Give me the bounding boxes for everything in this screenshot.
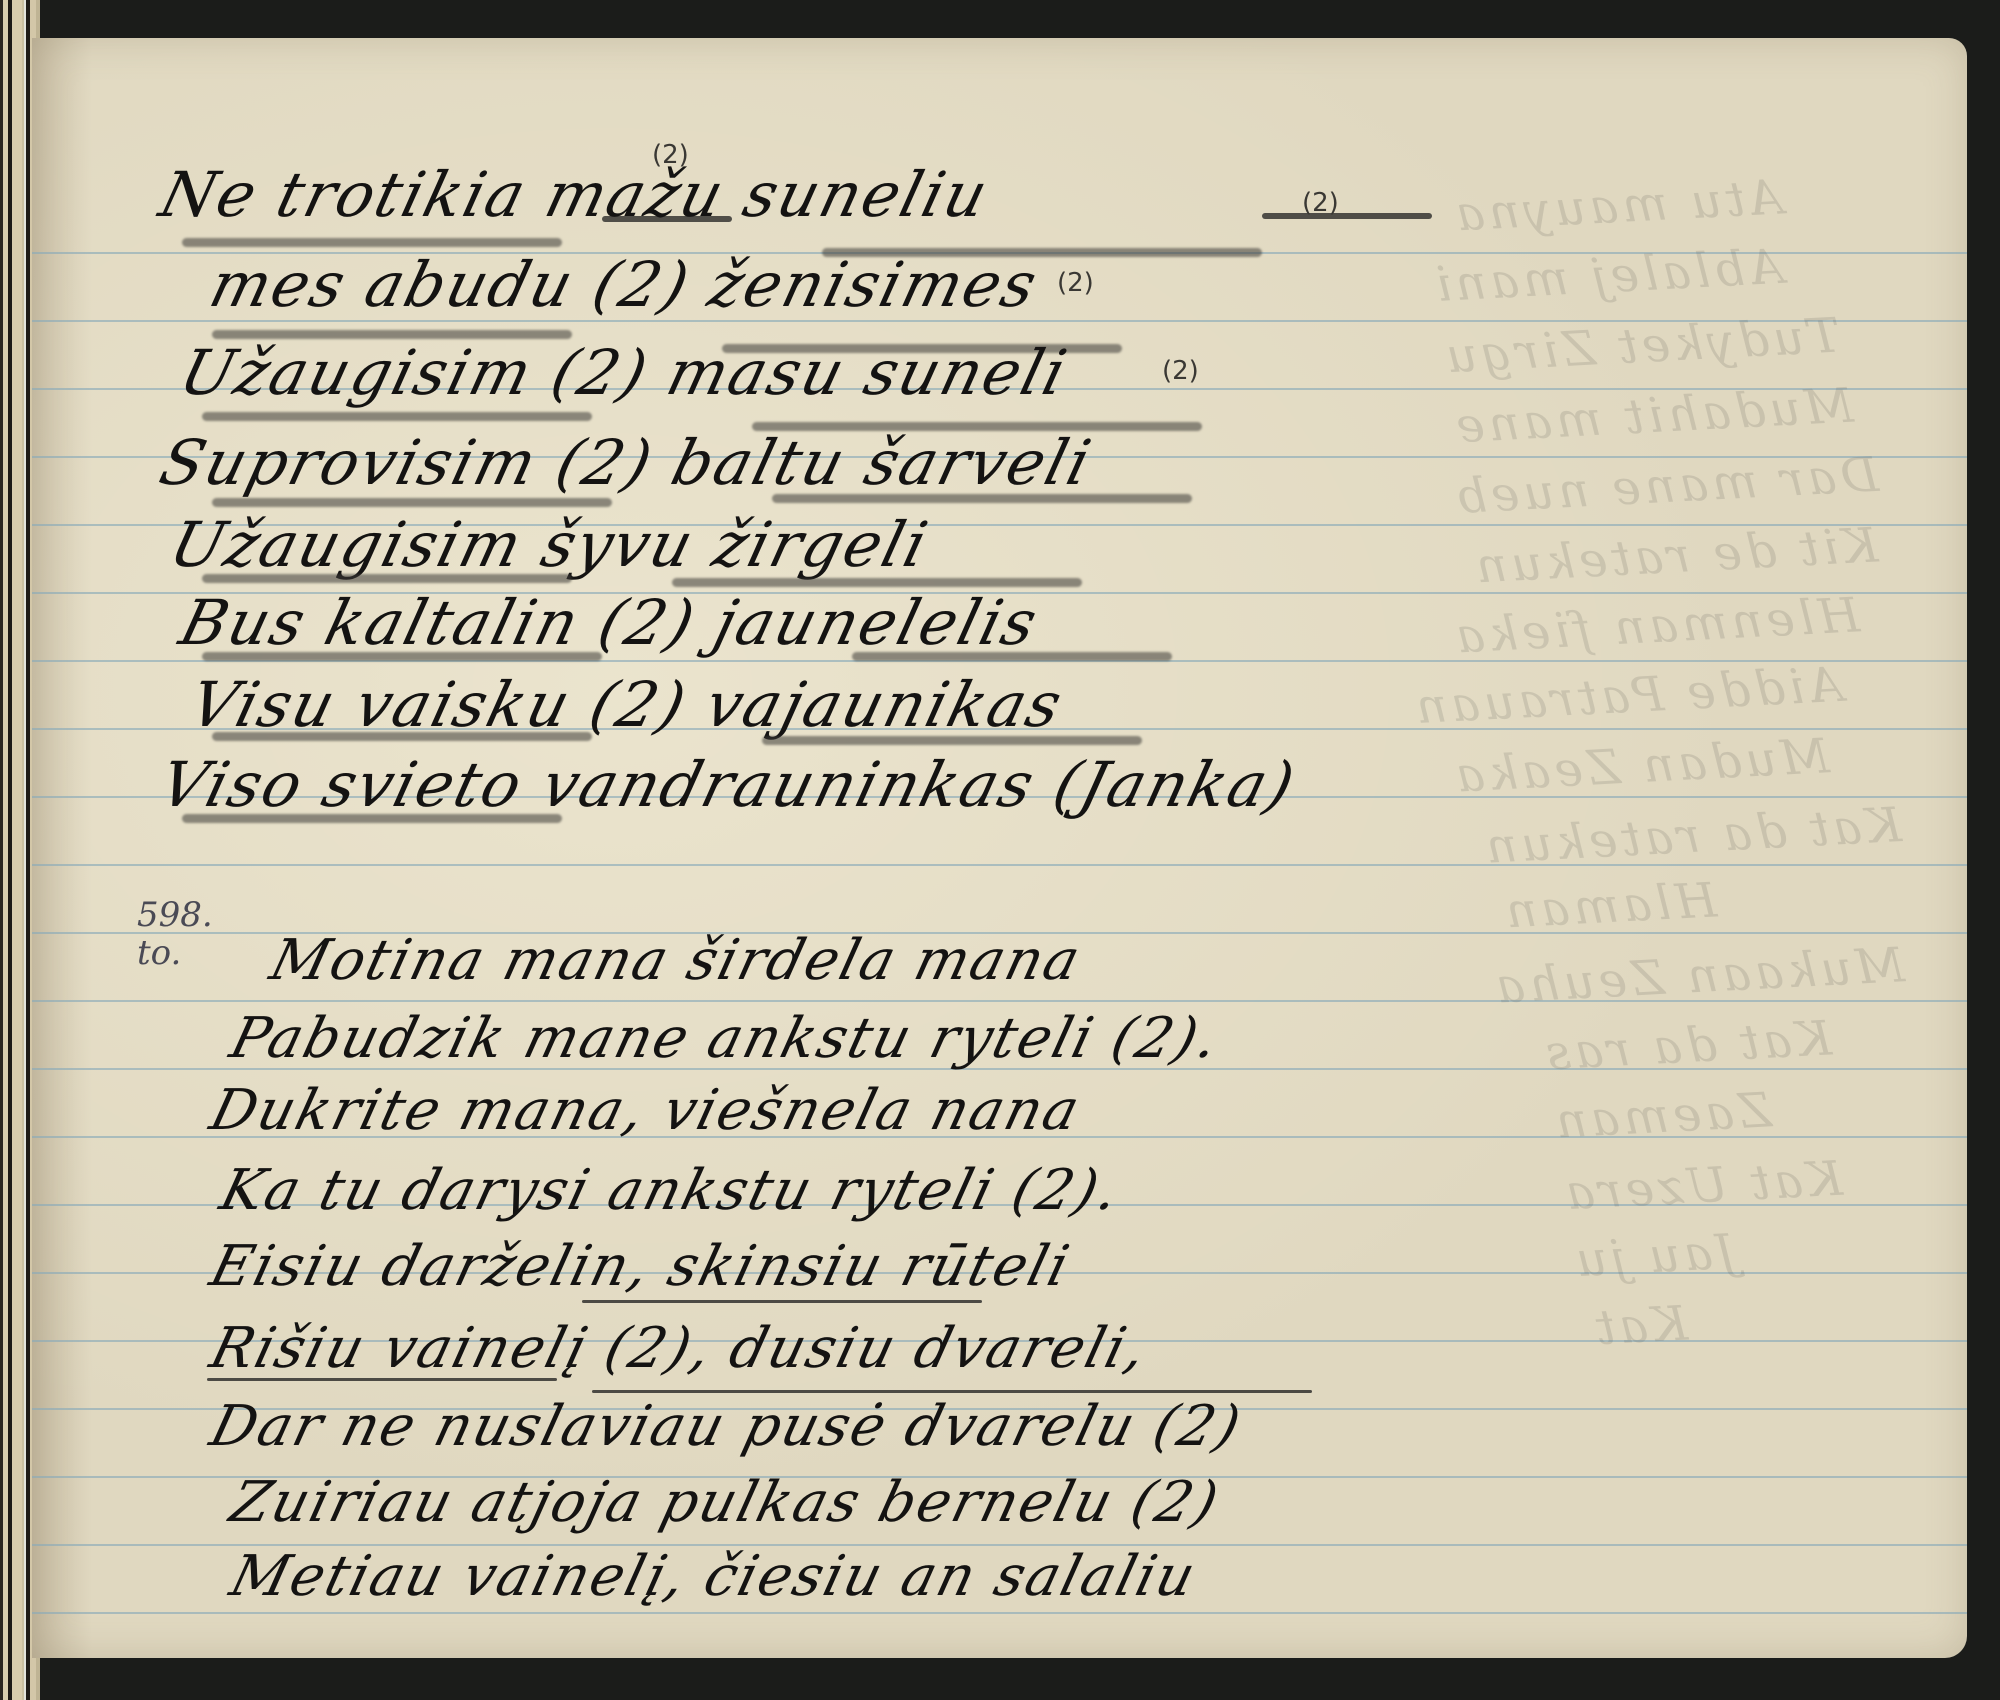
pencil-underline xyxy=(182,238,562,247)
ink-underline xyxy=(207,1378,557,1381)
bleed-through-text: Mukaan Zeuha xyxy=(1491,937,1906,1015)
bleed-through-text: Aidde Patrauan xyxy=(1411,657,1845,735)
song1-line: Visu vaisku (2) vajaunikas xyxy=(183,668,1071,741)
song2-line: Dukrite mana, viešnela nana xyxy=(204,1078,1087,1143)
repeat-mark: (2) xyxy=(1162,356,1199,386)
pencil-underline xyxy=(212,732,592,741)
bleed-through-text: Atu mauyna xyxy=(1451,169,1784,242)
song2-line: Motina mana širdela mana xyxy=(264,928,1088,993)
song1-line: Viso svieto vandrauninkas (Janka) xyxy=(153,748,1303,821)
bleed-through-text: Hlenman fieka xyxy=(1451,587,1861,664)
song1-line: Bus kaltalin (2) jaunelelis xyxy=(173,586,1046,659)
bleed-through-text: Kat da ras xyxy=(1541,1010,1833,1081)
song1-line: mes abudu (2) ženisimes xyxy=(203,248,1046,321)
repeat-mark: (2) xyxy=(1302,188,1339,218)
pencil-underline xyxy=(202,652,602,661)
song1-line: Ne trotikia mažu suneliu xyxy=(153,158,997,231)
ruled-line xyxy=(32,1612,1967,1614)
song1-line: Užaugisim (2) masu suneli xyxy=(173,336,1075,409)
bleed-through-text: Dar mane nueb xyxy=(1451,447,1880,525)
song2-line: Dar ne nuslaviau pusė dvarelu (2) xyxy=(204,1394,1249,1459)
bleed-through-text: Kat xyxy=(1591,1296,1690,1357)
song1-line: Suprovisim (2) baltu šarveli xyxy=(153,426,1100,499)
song2-line: Eisiu darželin, skinsiu rūteli xyxy=(204,1234,1077,1299)
bleed-through-text: Ablalej mani xyxy=(1431,239,1785,313)
pencil-underline xyxy=(182,814,562,823)
pencil-underline xyxy=(202,574,572,583)
repeat-mark: (2) xyxy=(1057,268,1094,298)
bleed-through-text: Jau ju xyxy=(1571,1224,1738,1288)
pencil-underline xyxy=(852,652,1172,661)
pencil-underline xyxy=(212,498,612,507)
bleed-through-text: Kit de ratekun xyxy=(1471,517,1880,594)
bleed-through-text: Zaeman xyxy=(1551,1082,1773,1149)
bleed-through-text: Kat Uzera xyxy=(1561,1151,1844,1222)
song-number: 598. xyxy=(137,896,213,934)
song1-line: Užaugisim šyvu žirgeli xyxy=(163,508,936,581)
song2-line: Zuiriau atjoja pulkas bernelu (2) xyxy=(224,1470,1226,1535)
notebook-page: Atu mauyna Ablalej mani Tudyket Zirgu Mu… xyxy=(32,38,1967,1658)
ink-underline xyxy=(592,1390,1312,1393)
song2-line: Ka tu darysi ankstu ryteli (2). xyxy=(214,1158,1127,1223)
song-number-sub: to. xyxy=(137,934,181,972)
song2-line: Pabudzik mane ankstu ryteli (2). xyxy=(224,1006,1226,1071)
pencil-underline xyxy=(202,412,592,421)
pencil-underline xyxy=(772,494,1192,503)
bleed-through-text: Mudan Zeaka xyxy=(1451,728,1831,804)
bleed-through-text: Hlaman xyxy=(1501,872,1719,939)
ink-underline xyxy=(582,1300,982,1303)
strikethrough xyxy=(1262,213,1432,219)
song2-line: Rišiu vainelį (2), dusiu dvareli, xyxy=(204,1316,1154,1381)
pencil-underline xyxy=(762,736,1142,745)
song2-line: Metiau vainelį, čiesiu an salaliu xyxy=(224,1544,1203,1609)
